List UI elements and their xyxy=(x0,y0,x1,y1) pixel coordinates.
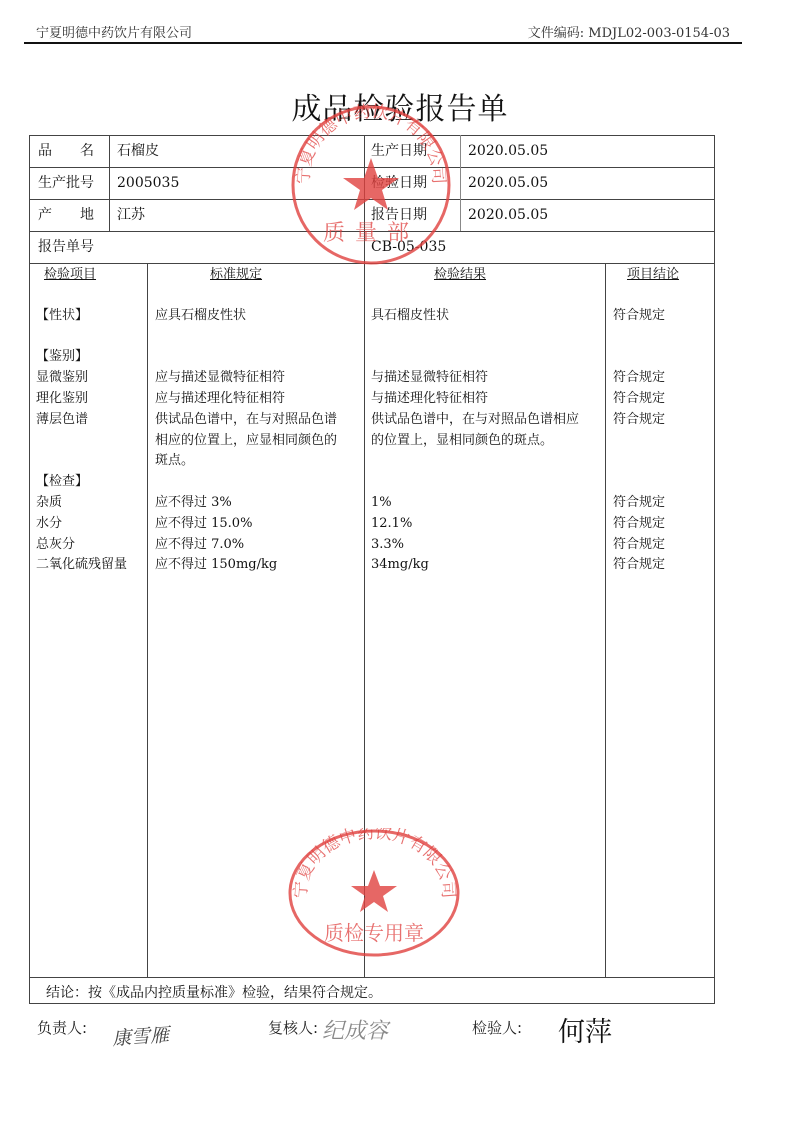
table-cell-standard: 应与描述显微特征相符 xyxy=(155,368,337,389)
table-cell-item: 总灰分 xyxy=(36,535,127,556)
table-cell-conclusion: 符合规定 xyxy=(613,514,665,535)
table-cell-standard: 相应的位置上，应显相同颜色的 xyxy=(155,431,337,452)
table-cell-item: 显微鉴别 xyxy=(36,368,127,389)
table-cell-result: 具石榴皮性状 xyxy=(371,306,579,327)
table-cell-item: 【检查】 xyxy=(36,472,127,493)
star-icon xyxy=(343,158,399,210)
origin-label: 产 地 xyxy=(38,205,94,225)
report-date-value: 2020.05.05 xyxy=(468,205,548,225)
report-no-label: 报告单号 xyxy=(38,237,94,257)
table-cell-standard: 应不得过 3% xyxy=(155,493,337,514)
table-cell-result xyxy=(371,472,579,493)
table-cell-item: 杂质 xyxy=(36,493,127,514)
header-standard: 标准规定 xyxy=(210,265,262,285)
final-conclusion: 结论：按《成品内控质量标准》检验，结果符合规定。 xyxy=(46,983,382,1003)
table-cell-item xyxy=(36,431,127,452)
table-cell-conclusion xyxy=(613,285,665,306)
table-cell-item: 【性状】 xyxy=(36,306,127,327)
table-cell-standard xyxy=(155,472,337,493)
reviewer-label: 复核人: xyxy=(268,1017,318,1038)
table-cell-conclusion xyxy=(613,451,665,472)
table-cell-conclusion: 符合规定 xyxy=(613,306,665,327)
header-rule xyxy=(24,42,742,44)
table-cell-standard: 供试品色谱中，在与对照品色谱 xyxy=(155,410,337,431)
company-header: 宁夏明德中药饮片有限公司 xyxy=(36,22,192,41)
table-cell-item: 水分 xyxy=(36,514,127,535)
header-conclusion: 项目结论 xyxy=(627,265,679,285)
product-name-label: 品 名 xyxy=(38,141,94,161)
table-cell-result xyxy=(371,451,579,472)
table-cell-standard: 应与描述理化特征相符 xyxy=(155,389,337,410)
table-cell-conclusion: 符合规定 xyxy=(613,555,665,576)
table-cell-item xyxy=(36,285,127,306)
header-item: 检验项目 xyxy=(44,265,96,285)
table-cell-conclusion: 符合规定 xyxy=(613,389,665,410)
origin-value: 江苏 xyxy=(117,205,145,225)
quality-inspection-seal: 宁夏明德中药饮片有限公司 质检专用章 xyxy=(287,828,462,958)
star-icon xyxy=(351,870,397,912)
table-cell-item xyxy=(36,451,127,472)
table-cell-result: 1% xyxy=(371,493,579,514)
table-cell-conclusion: 符合规定 xyxy=(613,368,665,389)
table-cell-conclusion xyxy=(613,472,665,493)
table-cell-standard: 应不得过 15.0% xyxy=(155,514,337,535)
svg-text:质检专用章: 质检专用章 xyxy=(324,921,424,945)
table-cell-conclusion xyxy=(613,347,665,368)
table-cell-item: 【鉴别】 xyxy=(36,347,127,368)
column-conclusions: 符合规定符合规定符合规定符合规定符合规定符合规定符合规定符合规定 xyxy=(613,285,665,576)
column-items: 【性状】【鉴别】显微鉴别理化鉴别薄层色谱【检查】杂质水分总灰分二氧化硫残留量 xyxy=(36,285,127,576)
table-cell-result xyxy=(371,327,579,348)
inspector-signature: 何萍 xyxy=(558,1010,612,1049)
table-cell-item: 理化鉴别 xyxy=(36,389,127,410)
table-cell-result: 34mg/kg xyxy=(371,555,579,576)
svg-text:质量部: 质量部 xyxy=(323,221,419,246)
table-cell-result xyxy=(371,285,579,306)
table-cell-result: 与描述理化特征相符 xyxy=(371,389,579,410)
product-name-value: 石榴皮 xyxy=(117,141,159,161)
responsible-label: 负责人: xyxy=(37,1017,87,1038)
table-cell-conclusion xyxy=(613,327,665,348)
table-cell-result: 3.3% xyxy=(371,535,579,556)
column-results: 具石榴皮性状与描述显微特征相符与描述理化特征相符供试品色谱中，在与对照品色谱相应… xyxy=(371,285,579,576)
table-cell-conclusion: 符合规定 xyxy=(613,410,665,431)
batch-value: 2005035 xyxy=(117,173,179,193)
test-date-value: 2020.05.05 xyxy=(468,173,548,193)
batch-label: 生产批号 xyxy=(38,173,94,193)
table-cell-result: 与描述显微特征相符 xyxy=(371,368,579,389)
reviewer-signature: 纪成容 xyxy=(322,1014,388,1045)
quality-dept-seal: 宁夏明德中药饮片有限公司 质量部 xyxy=(286,100,456,270)
table-cell-standard xyxy=(155,285,337,306)
table-cell-result: 12.1% xyxy=(371,514,579,535)
table-cell-item: 二氧化硫残留量 xyxy=(36,555,127,576)
responsible-signature: 康雪雁 xyxy=(111,1020,170,1051)
table-cell-standard: 应具石榴皮性状 xyxy=(155,306,337,327)
table-cell-standard xyxy=(155,327,337,348)
table-cell-standard xyxy=(155,347,337,368)
table-cell-standard: 应不得过 150mg/kg xyxy=(155,555,337,576)
table-cell-result xyxy=(371,347,579,368)
table-cell-standard: 应不得过 7.0% xyxy=(155,535,337,556)
inspector-label: 检验人: xyxy=(472,1017,522,1038)
prod-date-value: 2020.05.05 xyxy=(468,141,548,161)
table-cell-conclusion xyxy=(613,431,665,452)
column-standards: 应具石榴皮性状应与描述显微特征相符应与描述理化特征相符供试品色谱中，在与对照品色… xyxy=(155,285,337,576)
table-cell-conclusion: 符合规定 xyxy=(613,535,665,556)
table-cell-result: 供试品色谱中，在与对照品色谱相应 xyxy=(371,410,579,431)
document-code: 文件编码: MDJL02-003-0154-03 xyxy=(528,22,730,41)
table-cell-result: 的位置上，显相同颜色的斑点。 xyxy=(371,431,579,452)
table-cell-conclusion: 符合规定 xyxy=(613,493,665,514)
table-cell-item xyxy=(36,327,127,348)
table-cell-standard: 斑点。 xyxy=(155,451,337,472)
table-cell-item: 薄层色谱 xyxy=(36,410,127,431)
